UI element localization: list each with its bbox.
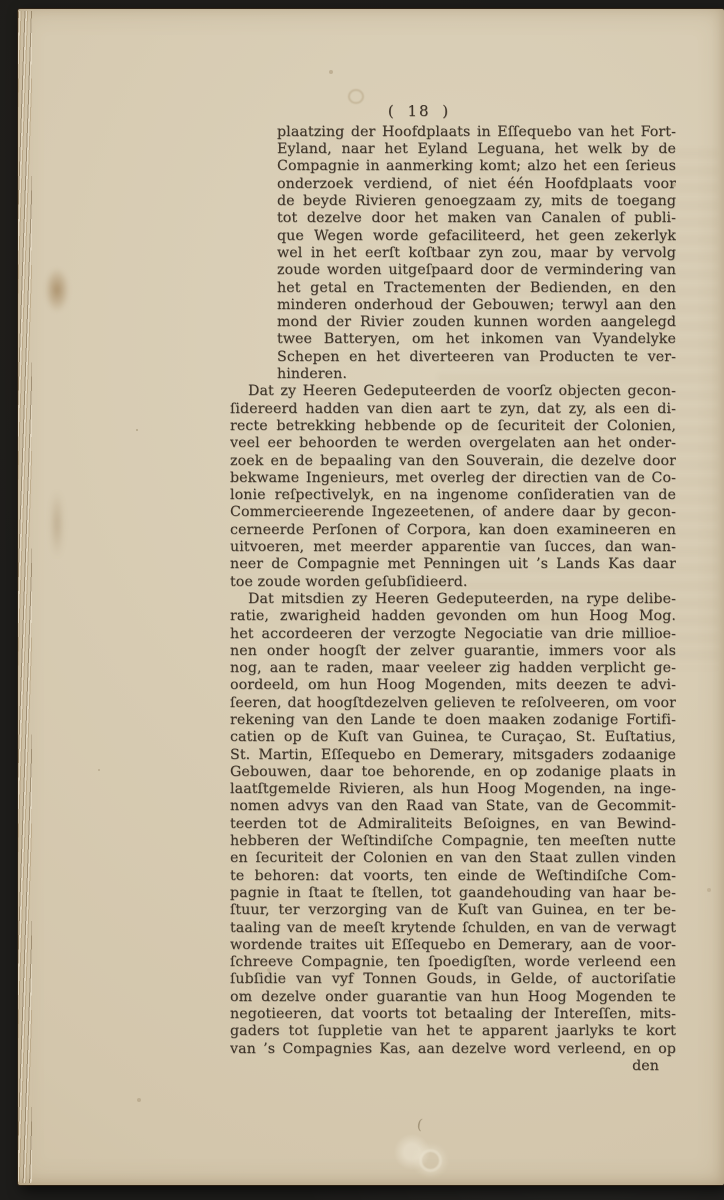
text-line: teerden tot de Admiraliteits Beſoignes, … xyxy=(230,816,676,833)
text-line: oordeeld, om hun Hoog Mogenden, mits dee… xyxy=(230,677,676,694)
page-number: ( 18 ) xyxy=(230,103,608,120)
text-line: tot dezelve door het maken van Canalen o… xyxy=(277,210,676,227)
text-line: te behoren: dat voorts, ten einde de Weſ… xyxy=(230,868,676,885)
page-edge-stack xyxy=(18,11,32,1183)
text-line: ſtuur, ter verzorging van de Kuſt van Gu… xyxy=(230,902,676,919)
text-line: Schepen en het diverteeren van Producten… xyxy=(277,349,676,366)
paragraph: plaatzing der Hoofdplaats in Eſſequebo v… xyxy=(277,124,676,383)
text-line: Eyland, naar het Eyland Leguana, het wel… xyxy=(277,141,676,158)
text-line: taaling van de meeſt krytende ſchulden, … xyxy=(230,920,676,937)
paper-speckles xyxy=(18,9,20,11)
text-line: nomen advys van den Raad van State, van … xyxy=(230,798,676,815)
text-line: Commercieerende Ingezeetenen, of andere … xyxy=(230,504,676,521)
paragraph: Dat mitsdien zy Heeren Gedeputeerden, na… xyxy=(230,591,676,1058)
text-line: catien op de Kuſt van Guinea, te Curaçao… xyxy=(230,729,676,746)
text-line: wel in het eerſt koſtbaar zyn zou, maar … xyxy=(277,245,676,262)
ink-smudge-mark: ( xyxy=(416,1117,424,1134)
text-block: ( 18 ) plaatzing der Hoofdplaats in Eſſe… xyxy=(230,103,676,1075)
paper-stain-ring xyxy=(348,89,364,104)
scan-background: ( ( 18 ) plaatzing der Hoofdplaats in Eſ… xyxy=(0,0,724,1200)
text-line: hinderen. xyxy=(277,366,676,383)
paper-stain xyxy=(40,259,74,321)
text-line: bekwame Ingenieurs, met overleg der dire… xyxy=(230,470,676,487)
paragraphs: plaatzing der Hoofdplaats in Eſſequebo v… xyxy=(230,124,676,1058)
text-line: het accordeeren der verzogte Negociatie … xyxy=(230,626,676,643)
text-line: ſchreeve Compagnie, ten ſpoedigſten, wor… xyxy=(230,954,676,971)
text-line: om dezelve onder guarantie van hun Hoog … xyxy=(230,989,676,1006)
text-line: toe zoude worden geſubſidieerd. xyxy=(230,574,676,591)
text-line: ſeeren, dat hoogſtdezelven gelieven te r… xyxy=(230,695,676,712)
paragraph: Dat zy Heeren Gedeputeerden de voorſz ob… xyxy=(230,383,676,591)
text-line: zoude worden uitgeſpaard door de vermind… xyxy=(277,262,676,279)
text-line: Dat mitsdien zy Heeren Gedeputeerden, na… xyxy=(230,591,676,608)
text-line: en ſecuriteit der Colonien en van den St… xyxy=(230,850,676,867)
text-line: het getal en Tractementen der Bedienden,… xyxy=(277,280,676,297)
text-line: twee Batteryen, om het inkomen van Vyand… xyxy=(277,331,676,348)
text-line: negotieeren, dat voorts tot betaaling de… xyxy=(230,1006,676,1023)
text-line: cerneerde Perſonen of Corpora, kan doen … xyxy=(230,522,676,539)
text-line: que Wegen worde gefaciliteerd, het geen … xyxy=(277,228,676,245)
text-line: veel eer behoorden te werden overgelaten… xyxy=(230,435,676,452)
text-line: Dat zy Heeren Gedeputeerden de voorſz ob… xyxy=(230,383,676,400)
text-line: pagnie in ſtaat te ſtellen, tot gaandeho… xyxy=(230,885,676,902)
text-line: zoek en de bepaaling van den Souverain, … xyxy=(230,453,676,470)
text-line: van ’s Compagnies Kas, aan dezelve word … xyxy=(230,1041,676,1058)
text-line: laatſtgemelde Rivieren, als hun Hoog Mog… xyxy=(230,781,676,798)
text-line: wordende traites uit Eſſequebo en Demera… xyxy=(230,937,676,954)
text-line: hebberen der Weſtindiſche Compagnie, ten… xyxy=(230,833,676,850)
text-line: St. Martin, Eſſequebo en Demerary, mitsg… xyxy=(230,747,676,764)
text-line: ſidereerd hadden van dien aart te zyn, d… xyxy=(230,401,676,418)
text-line: nen onder hoogſt der zelver guarantie, i… xyxy=(230,643,676,660)
text-line: neer de Compagnie met Penningen uit ’s L… xyxy=(230,556,676,573)
text-line: ſubſidie van vyf Tonnen Gouds, in Gelde,… xyxy=(230,971,676,988)
text-line: uitvoeren, met meerder apparentie van ſu… xyxy=(230,539,676,556)
catchword: den xyxy=(230,1058,676,1075)
text-line: onderzoek verdiend, of niet één Hoofdpla… xyxy=(277,176,676,193)
text-line: ratie, zwarigheid hadden gevonden om hun… xyxy=(230,608,676,625)
text-line: mond der Rivier zouden kunnen worden aan… xyxy=(277,314,676,331)
paper-stain xyxy=(48,479,66,569)
text-line: Compagnie in aanmerking komt; alzo het e… xyxy=(277,158,676,175)
text-line: lonie reſpectivelyk, en na ingenome conſ… xyxy=(230,487,676,504)
text-line: de beyde Rivieren genoegzaam zy, mits de… xyxy=(277,193,676,210)
watermark-ring xyxy=(419,1149,442,1172)
text-line: minderen onderhoud der Gebouwen; terwyl … xyxy=(277,297,676,314)
text-line: Gebouwen, daar toe behorende, en op zoda… xyxy=(230,764,676,781)
text-line: rekening van den Lande te doen maaken zo… xyxy=(230,712,676,729)
text-line: plaatzing der Hoofdplaats in Eſſequebo v… xyxy=(277,124,676,141)
text-line: nog, aan te raden, maar veeleer zig hadd… xyxy=(230,660,676,677)
text-line: gaders tot ſuppletie van het te apparent… xyxy=(230,1023,676,1040)
text-line: recte betrekking hebbende op de ſecurite… xyxy=(230,418,676,435)
